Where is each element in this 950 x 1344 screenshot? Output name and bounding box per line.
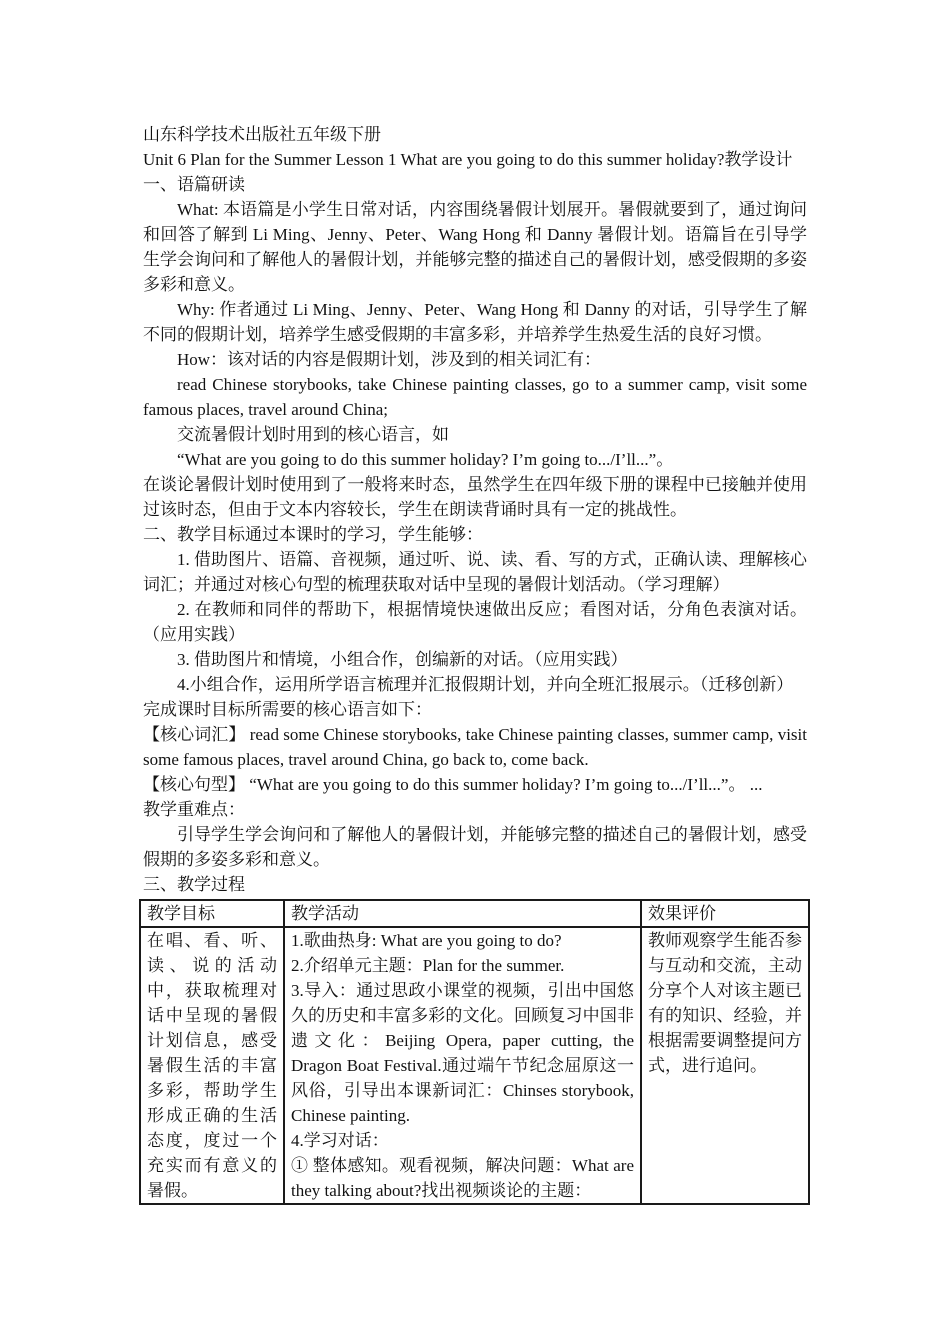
core-pattern-line: 【核心句型】 “What are you going to do this su… [143, 772, 807, 797]
objective-3: 3. 借助图片和情境，小组合作，创编新的对话。（应用实践） [143, 647, 807, 672]
col-header-goals: 教学目标 [140, 900, 284, 927]
activities-cell: 1.歌曲热身: What are you going to do? 2.介绍单元… [284, 927, 641, 1204]
objective-2: 2. 在教师和同伴的帮助下，根据情境快速做出反应；看图对话，分角色表演对话。（应… [143, 597, 807, 647]
publisher-line: 山东科学技术出版社五年级下册 [143, 122, 807, 147]
table-row: 在唱、看、听、读、说的活动中，获取梳理对话中呈现的暑假计划信息，感受暑假生活的丰… [140, 927, 809, 1204]
evaluation-cell: 教师观察学生能否参与互动和交流，主动分享个人对该主题已有的知识、经验，并根据需要… [641, 927, 809, 1204]
what-paragraph: What: 本语篇是小学生日常对话，内容围绕暑假计划展开。暑假就要到了，通过询问… [143, 197, 807, 297]
teaching-process-table: 教学目标 教学活动 效果评价 在唱、看、听、读、说的活动中，获取梳理对话中呈现的… [139, 899, 810, 1205]
activity-item: 1.歌曲热身: What are you going to do? [291, 928, 634, 953]
core-language-lead: 完成课时目标所需要的核心语言如下： [143, 697, 807, 722]
unit-title: Unit 6 Plan for the Summer Lesson 1 What… [143, 147, 807, 172]
document-page: 山东科学技术出版社五年级下册 Unit 6 Plan for the Summe… [0, 0, 950, 1344]
core-vocab-line: 【核心词汇】 read some Chinese storybooks, tak… [143, 722, 807, 772]
activity-item: 3.导入：通过思政小课堂的视频，引出中国悠久的历史和丰富多彩的文化。回顾复习中国… [291, 978, 634, 1128]
vocab-list-line: read Chinese storybooks, take Chinese pa… [143, 372, 807, 422]
col-header-evaluation: 效果评价 [641, 900, 809, 927]
why-paragraph: Why: 作者通过 Li Ming、Jenny、Peter、Wang Hong … [143, 297, 807, 347]
activity-item: 4.学习对话： [291, 1128, 634, 1153]
section-3-heading: 三、教学过程 [143, 872, 807, 897]
activity-item: ① 整体感知。观看视频，解决问题：What are they talking a… [291, 1153, 634, 1203]
key-points-paragraph: 引导学生学会询问和了解他人的暑假计划，并能够完整的描述自己的暑假计划，感受假期的… [143, 822, 807, 872]
section-1-heading: 一、语篇研读 [143, 172, 807, 197]
activity-item: 2.介绍单元主题：Plan for the summer. [291, 953, 634, 978]
objective-4: 4.小组合作，运用所学语言梳理并汇报假期计划，并向全班汇报展示。（迁移创新） [143, 672, 807, 697]
goals-cell: 在唱、看、听、读、说的活动中，获取梳理对话中呈现的暑假计划信息，感受暑假生活的丰… [140, 927, 284, 1204]
key-points-heading: 教学重难点： [143, 797, 807, 822]
section-2-heading: 二、教学目标通过本课时的学习，学生能够： [143, 522, 807, 547]
evaluation-text: 教师观察学生能否参与互动和交流，主动分享个人对该主题已有的知识、经验，并根据需要… [648, 928, 802, 1078]
col-header-activities: 教学活动 [284, 900, 641, 927]
table-header-row: 教学目标 教学活动 效果评价 [140, 900, 809, 927]
goals-text: 在唱、看、听、读、说的活动中，获取梳理对话中呈现的暑假计划信息，感受暑假生活的丰… [147, 928, 277, 1203]
core-sentence-quote: “What are you going to do this summer ho… [143, 447, 807, 472]
core-language-intro: 交流暑假计划时用到的核心语言，如 [143, 422, 807, 447]
how-paragraph: How：该对话的内容是假期计划，涉及到的相关词汇有： [143, 347, 807, 372]
objective-1: 1. 借助图片、语篇、音视频，通过听、说、读、看、写的方式，正确认读、理解核心词… [143, 547, 807, 597]
tense-note-paragraph: 在谈论暑假计划时使用到了一般将来时态，虽然学生在四年级下册的课程中已接触并使用过… [143, 472, 807, 522]
